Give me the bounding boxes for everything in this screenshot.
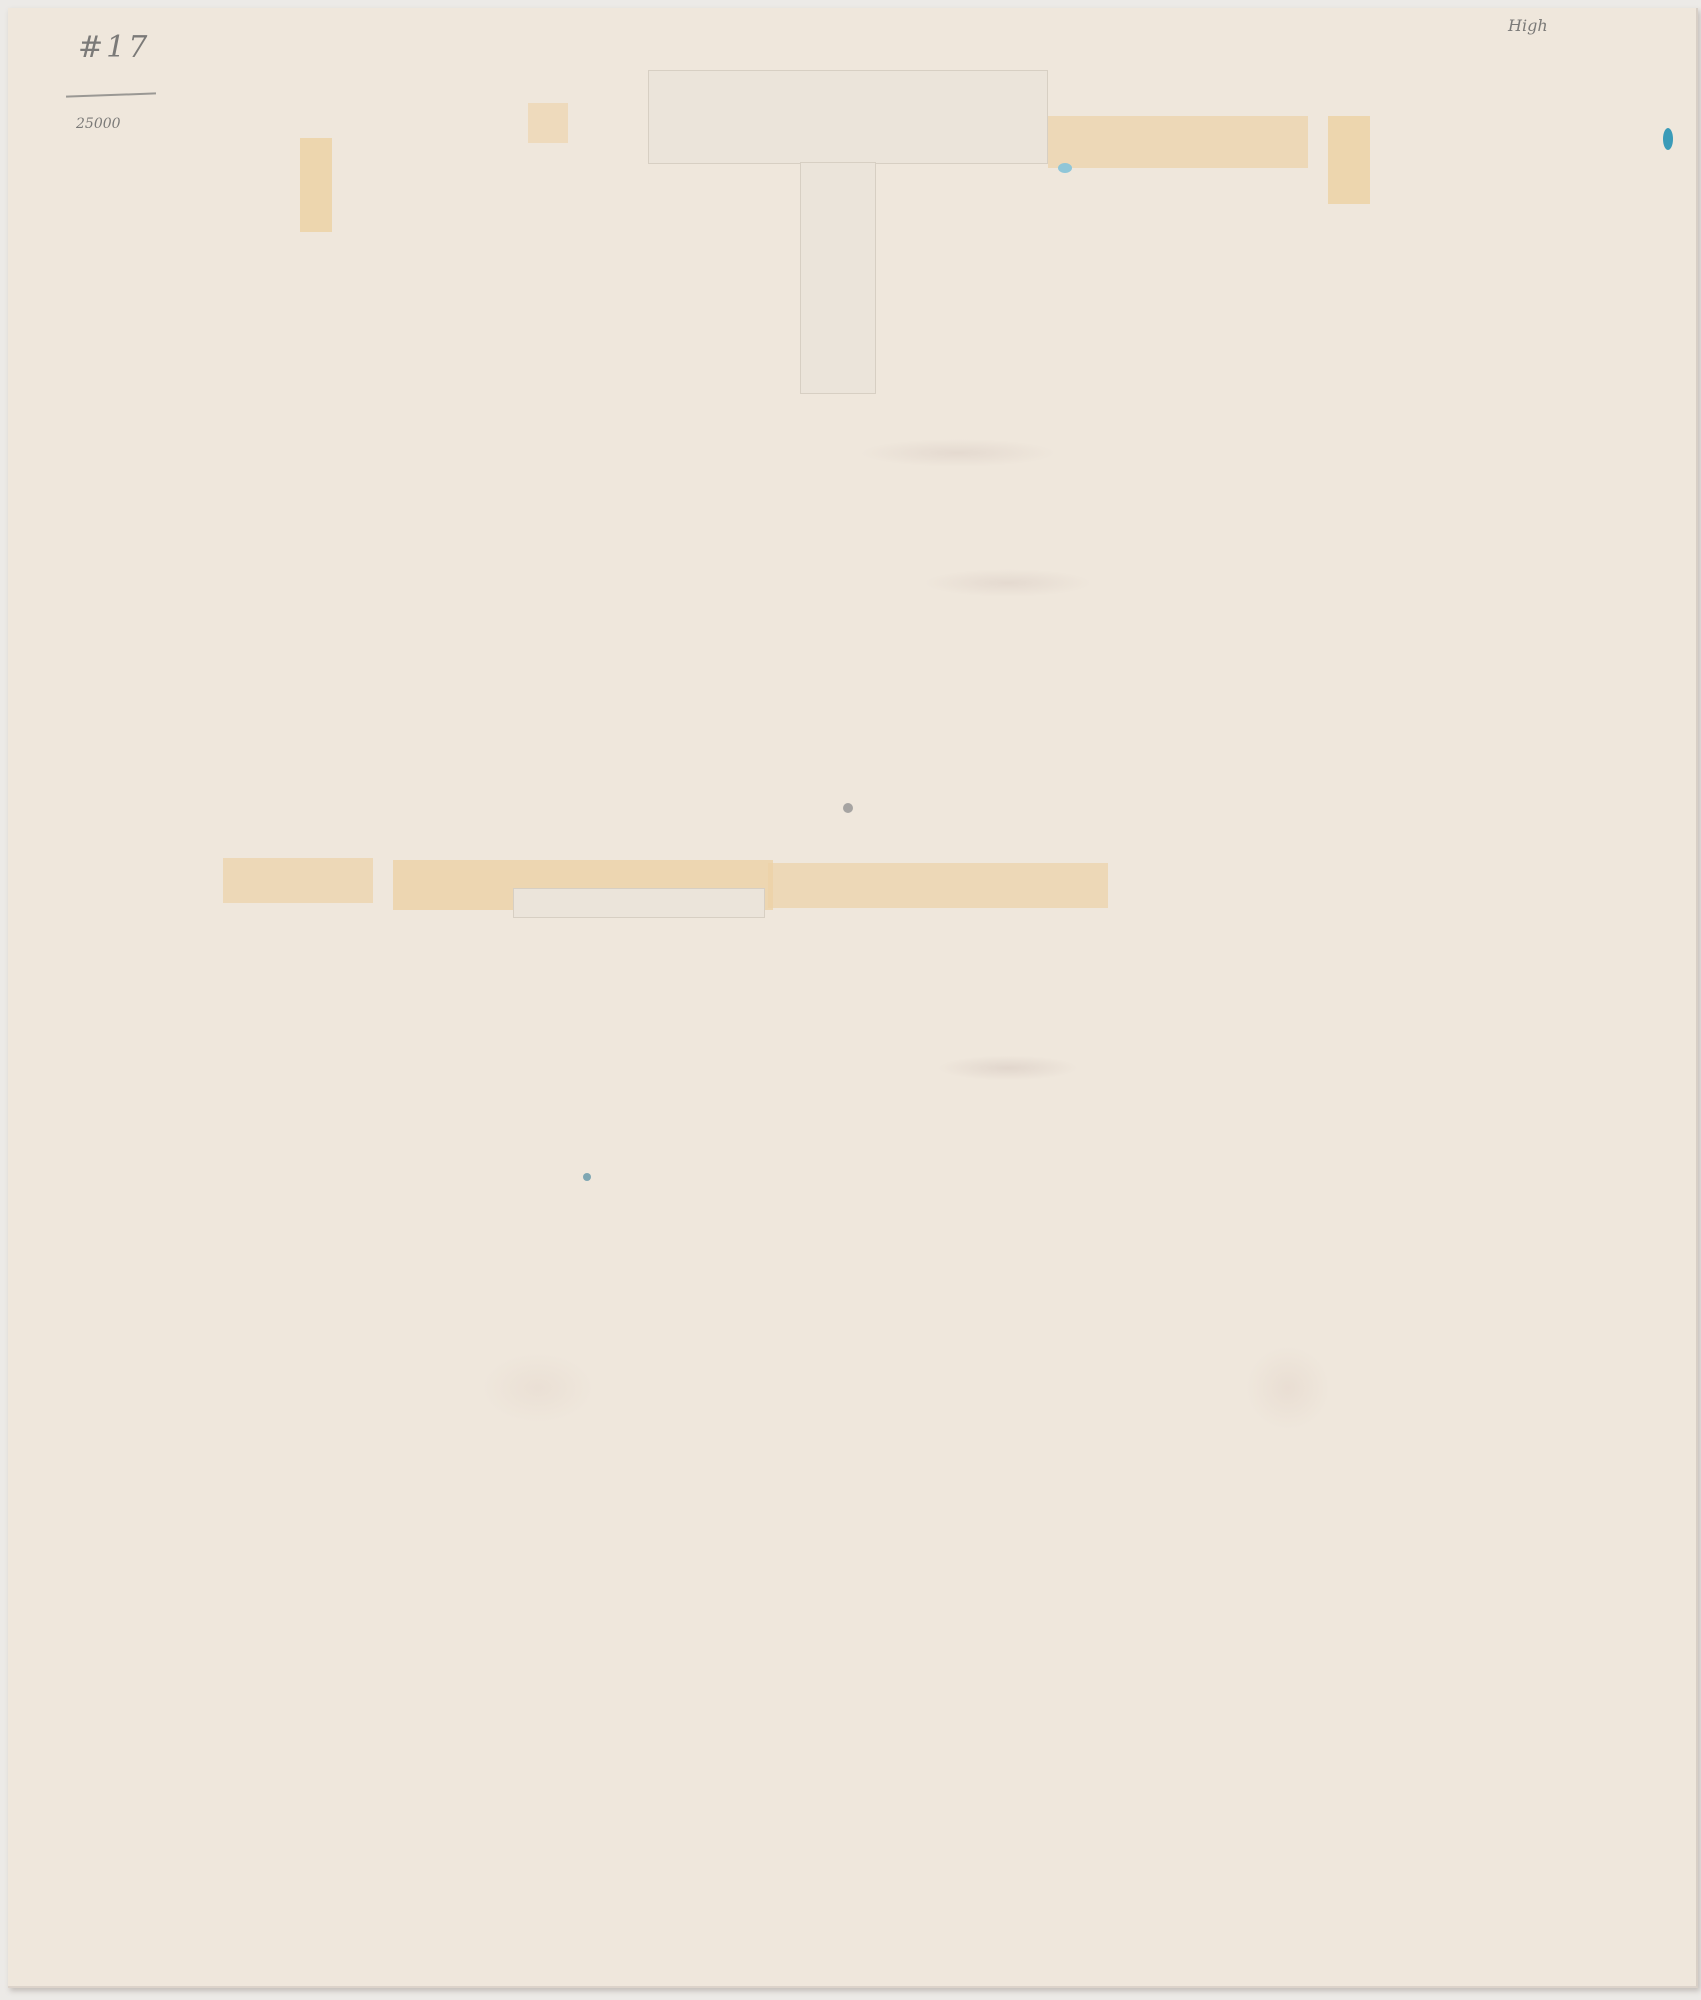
- tape-residue-top-right-strip: [1048, 116, 1308, 168]
- inventory-number-underline: [66, 92, 156, 97]
- tape-residue-top-right-end: [1328, 116, 1370, 204]
- tape-residue-middle-left: [223, 858, 373, 903]
- top-right-note: High: [1508, 16, 1548, 35]
- inventory-number-note: #17: [78, 30, 150, 65]
- hinge-tape-vertical: [800, 162, 876, 394]
- hinge-tape-middle: [513, 888, 765, 918]
- hinge-tape-horizontal: [648, 70, 1048, 164]
- tape-residue-top-left: [300, 138, 332, 232]
- blue-ink-drip: [1663, 128, 1673, 150]
- tape-residue-middle-right: [768, 863, 1108, 908]
- blue-ink-spot: [1058, 163, 1072, 173]
- grey-smudge: [843, 803, 853, 813]
- price-note: 25000: [76, 116, 121, 132]
- blue-ink-dot: [583, 1173, 591, 1181]
- paper-sheet-verso: #17 25000 High: [8, 8, 1698, 1988]
- tape-residue-top-left-small: [528, 103, 568, 143]
